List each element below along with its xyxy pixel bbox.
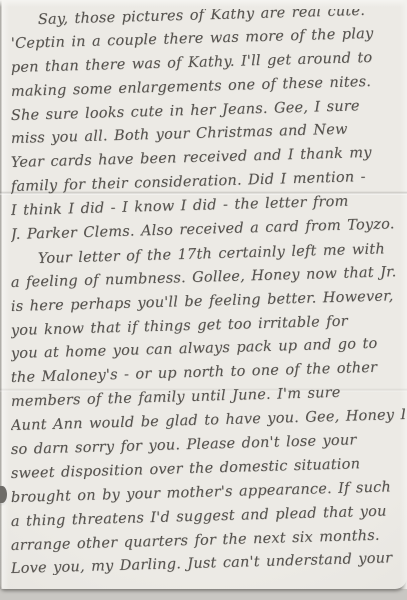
- paper-blemish: [0, 486, 7, 503]
- letter-body: Say, those pictures of Kathy are real cu…: [11, 9, 405, 575]
- paper-sheet: Say, those pictures of Kathy are real cu…: [0, 0, 407, 589]
- scanned-letter: Say, those pictures of Kathy are real cu…: [0, 0, 407, 600]
- paper-top-edge: [0, 0, 407, 7]
